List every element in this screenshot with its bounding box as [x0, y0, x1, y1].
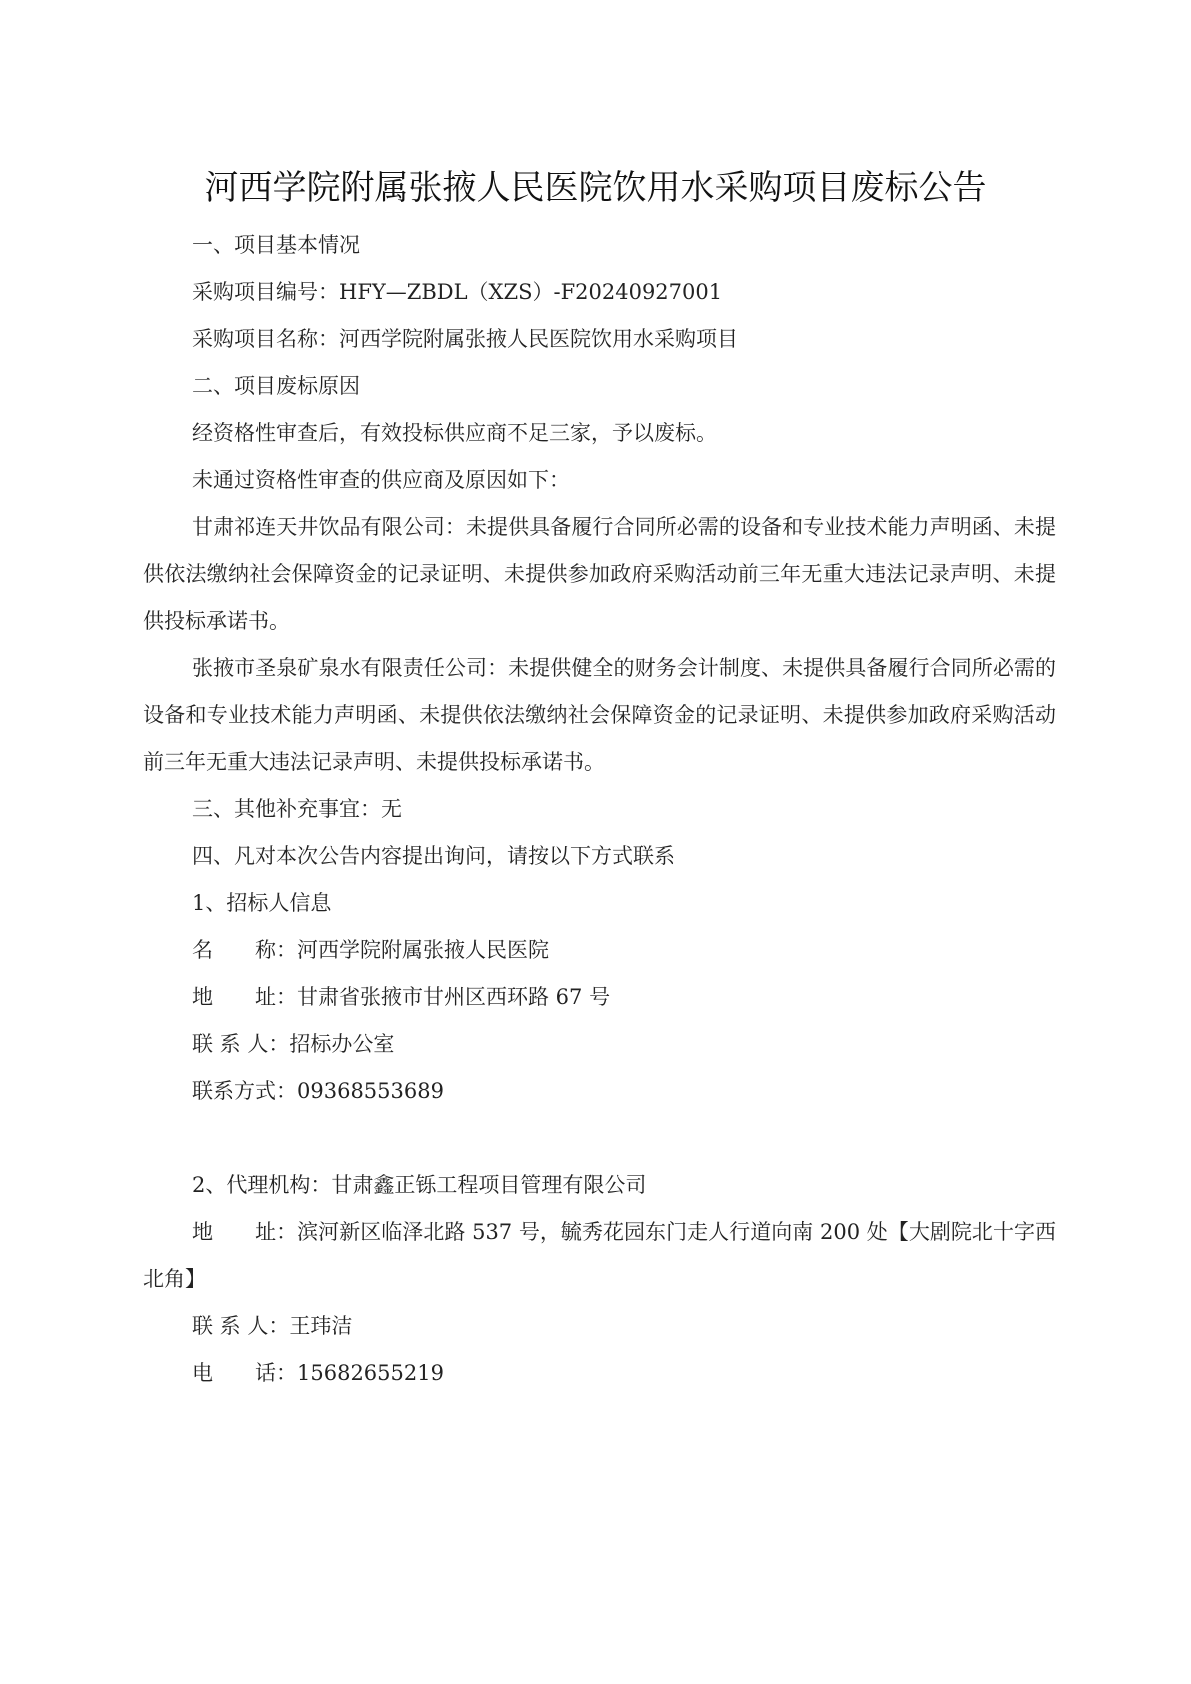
cancel-reason: 经资格性审查后，有效投标供应商不足三家，予以废标。	[143, 410, 1056, 457]
tenderer-address-label: 地 址：	[192, 985, 297, 1009]
agency-contact: 联 系 人：王玮洁	[143, 1303, 1056, 1350]
tenderer-name-label: 名 称：	[192, 938, 297, 962]
tenderer-phone: 联系方式：09368553689	[143, 1068, 1056, 1115]
tenderer-contact-label: 联 系 人：	[192, 1032, 289, 1056]
tenderer-phone-label: 联系方式：	[192, 1079, 297, 1103]
section-1-heading: 一、项目基本情况	[143, 222, 1056, 269]
agency-phone-value: 15682655219	[297, 1361, 444, 1385]
tenderer-heading: 1、招标人信息	[143, 880, 1056, 927]
tenderer-address-value: 甘肃省张掖市甘州区西环路 67 号	[297, 985, 610, 1009]
tenderer-address: 地 址：甘肃省张掖市甘州区西环路 67 号	[143, 974, 1056, 1021]
supplier-name: 甘肃祁连天井饮品有限公司	[192, 515, 445, 539]
document-body: 一、项目基本情况 采购项目编号：HFY—ZBDL（XZS）-F202409270…	[143, 222, 1056, 1397]
agency-phone-label: 电 话：	[192, 1361, 297, 1385]
spacer	[143, 1115, 1056, 1162]
agency-phone: 电 话：15682655219	[143, 1350, 1056, 1397]
failed-suppliers-intro: 未通过资格性审查的供应商及原因如下：	[143, 457, 1056, 504]
project-name: 采购项目名称：河西学院附属张掖人民医院饮用水采购项目	[143, 316, 1056, 363]
agency-heading: 2、代理机构：甘肃鑫正铄工程项目管理有限公司	[143, 1162, 1056, 1209]
agency-address-label: 地 址：	[192, 1220, 297, 1244]
project-name-label: 采购项目名称：	[192, 327, 339, 351]
section-3: 三、其他补充事宜：无	[143, 786, 1056, 833]
supplier-paragraph: 张掖市圣泉矿泉水有限责任公司：未提供健全的财务会计制度、未提供具备履行合同所必需…	[143, 645, 1056, 786]
tenderer-phone-value: 09368553689	[297, 1079, 444, 1103]
document-title: 河西学院附属张掖人民医院饮用水采购项目废标公告	[0, 160, 1191, 209]
document-page: 河西学院附属张掖人民医院饮用水采购项目废标公告 一、项目基本情况 采购项目编号：…	[0, 0, 1191, 1684]
tenderer-contact-value: 招标办公室	[289, 1032, 394, 1056]
agency-contact-label: 联 系 人：	[192, 1314, 289, 1338]
agency-contact-value: 王玮洁	[289, 1314, 352, 1338]
tenderer-name-value: 河西学院附属张掖人民医院	[297, 938, 549, 962]
supplier-name: 张掖市圣泉矿泉水有限责任公司	[192, 656, 487, 680]
project-number: 采购项目编号：HFY—ZBDL（XZS）-F20240927001	[143, 269, 1056, 316]
section-2-heading: 二、项目废标原因	[143, 363, 1056, 410]
section-4-heading: 四、凡对本次公告内容提出询问，请按以下方式联系	[143, 833, 1056, 880]
supplier-paragraph: 甘肃祁连天井饮品有限公司：未提供具备履行合同所必需的设备和专业技术能力声明函、未…	[143, 504, 1056, 645]
tenderer-contact: 联 系 人：招标办公室	[143, 1021, 1056, 1068]
project-name-value: 河西学院附属张掖人民医院饮用水采购项目	[339, 327, 738, 351]
tenderer-name: 名 称：河西学院附属张掖人民医院	[143, 927, 1056, 974]
project-number-label: 采购项目编号：	[192, 280, 339, 304]
project-number-value: HFY—ZBDL（XZS）-F20240927001	[339, 280, 722, 304]
agency-address: 地 址：滨河新区临泽北路 537 号，毓秀花园东门走人行道向南 200 处【大剧…	[143, 1209, 1056, 1303]
